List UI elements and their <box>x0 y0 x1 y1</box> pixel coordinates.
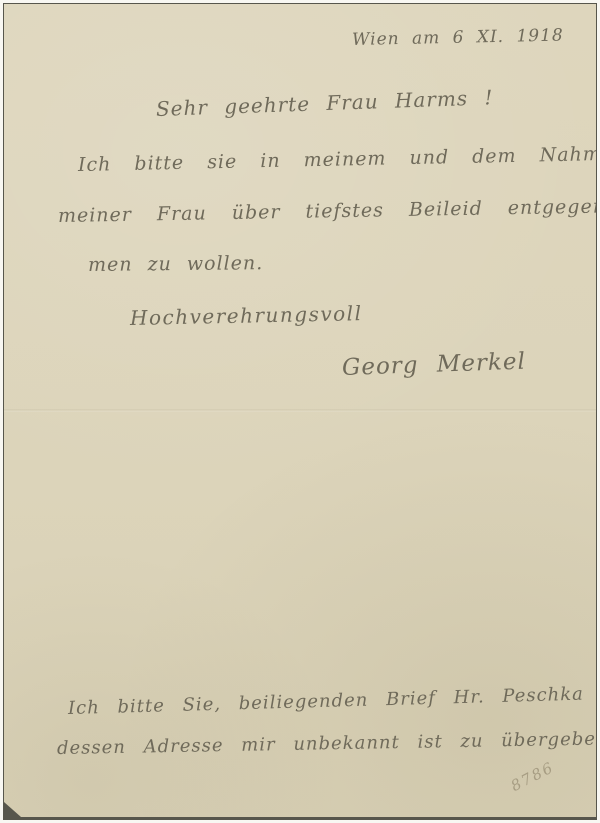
closing-formula: Hochverehrungsvoll <box>130 301 363 330</box>
body-line: Ich bitte sie in meinem und dem Nahmen <box>78 142 600 176</box>
inventory-number: 8786 <box>508 758 557 795</box>
fold-crease <box>4 409 596 412</box>
body-line: meiner Frau über tiefstes Beileid entgeg… <box>58 195 600 227</box>
signature: Georg Merkel <box>342 349 527 381</box>
scan-frame: Wien am 6 XI. 1918 Sehr geehrte Frau Har… <box>0 0 600 823</box>
body-line: men zu wollen. <box>88 252 263 276</box>
letter-page: Wien am 6 XI. 1918 Sehr geehrte Frau Har… <box>4 4 596 817</box>
salutation: Sehr geehrte Frau Harms ! <box>156 85 494 121</box>
postscript-line: dessen Adresse mir unbekannt ist zu über… <box>57 728 600 759</box>
dateline: Wien am 6 XI. 1918 <box>352 26 564 50</box>
postscript-line: Ich bitte Sie, beiliegenden Brief Hr. Pe… <box>68 684 584 719</box>
